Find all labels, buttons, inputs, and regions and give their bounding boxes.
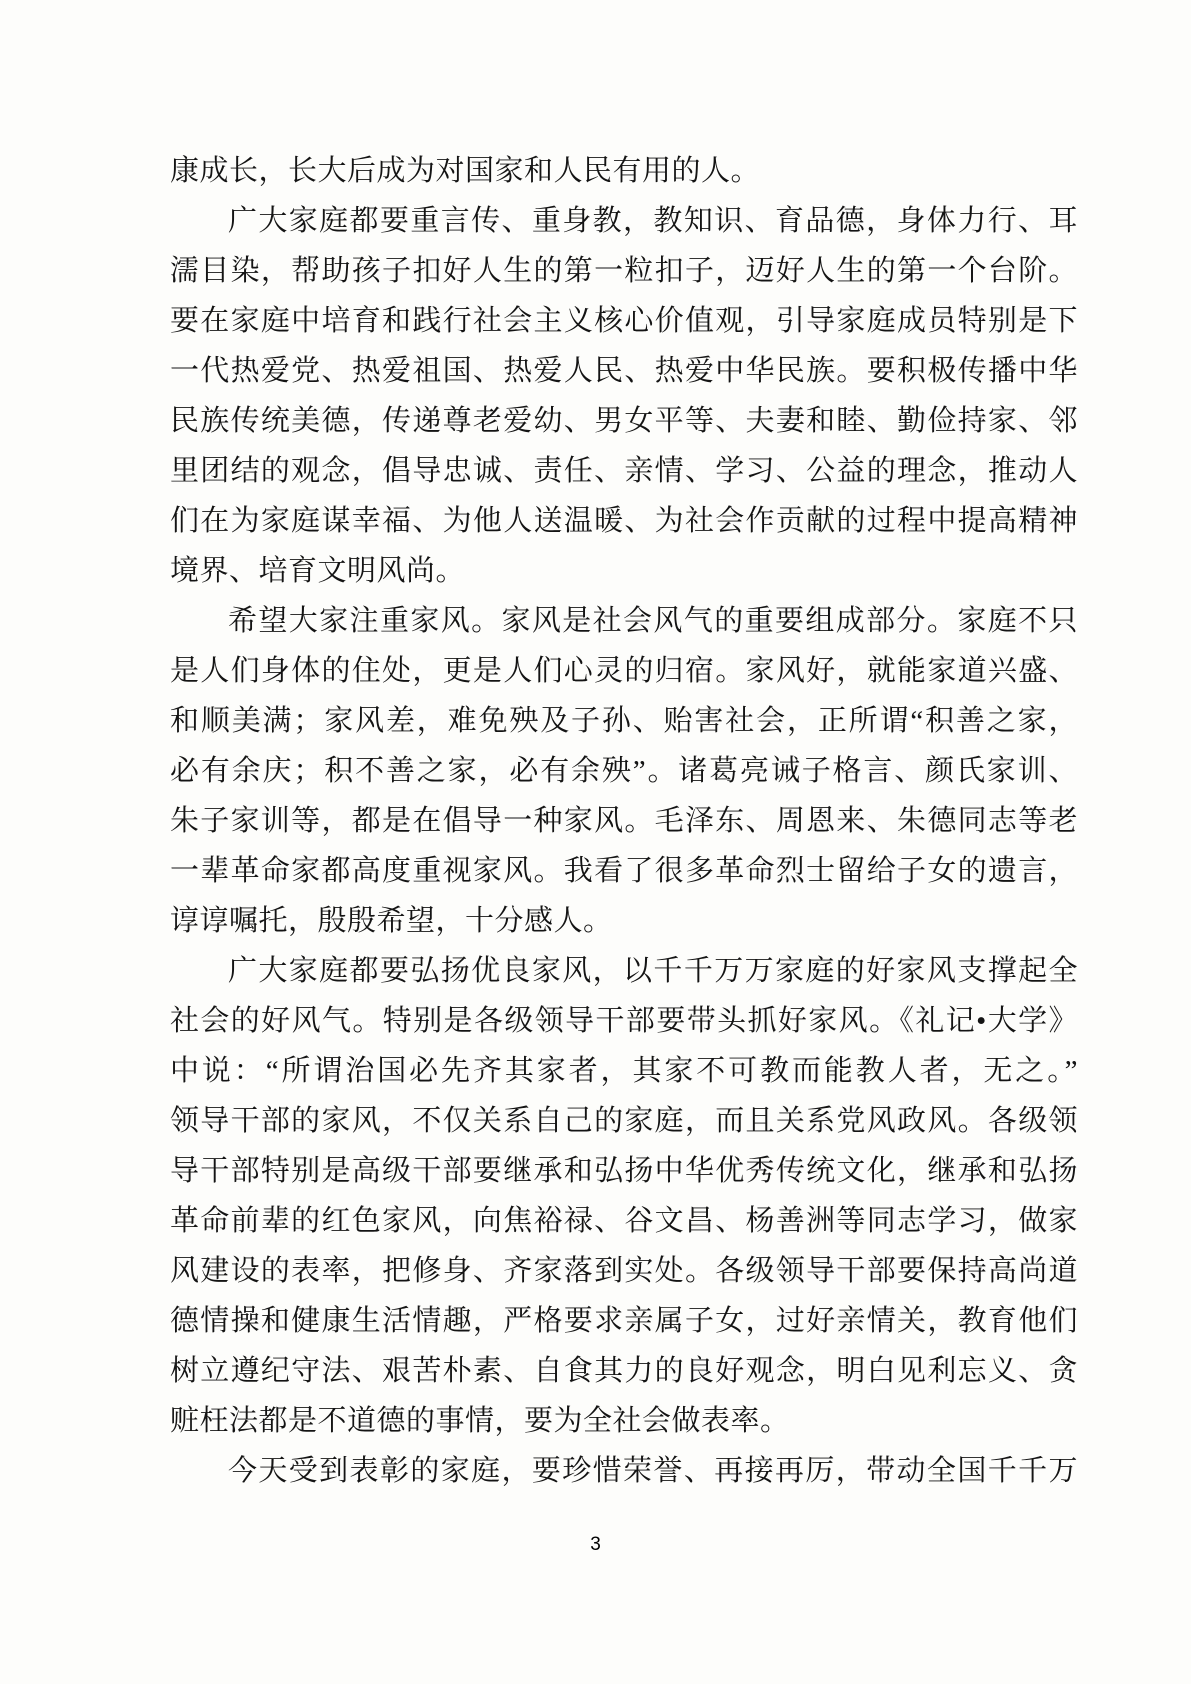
text-line: 广大家庭都要弘扬优良家风，以千千万万家庭的好家风支撑起全 bbox=[170, 946, 1078, 996]
text-line: 社会的好风气。特别是各级领导干部要带头抓好家风。《礼记•大学》 bbox=[170, 996, 1078, 1046]
text-line: 必有余庆；积不善之家，必有余殃”。诸葛亮诫子格言、颜氏家训、 bbox=[170, 746, 1078, 796]
text-line: 革命前辈的红色家风，向焦裕禄、谷文昌、杨善洲等同志学习，做家 bbox=[170, 1196, 1078, 1246]
text-line: 康成长，长大后成为对国家和人民有用的人。 bbox=[170, 146, 1078, 196]
text-line: 濡目染，帮助孩子扣好人生的第一粒扣子，迈好人生的第一个台阶。 bbox=[170, 246, 1078, 296]
text-line: 今天受到表彰的家庭，要珍惜荣誉、再接再厉，带动全国千千万 bbox=[170, 1446, 1078, 1496]
text-line: 德情操和健康生活情趣，严格要求亲属子女，过好亲情关，教育他们 bbox=[170, 1296, 1078, 1346]
text-line: 广大家庭都要重言传、重身教，教知识、育品德，身体力行、耳 bbox=[170, 196, 1078, 246]
text-line: 领导干部的家风，不仅关系自己的家庭，而且关系党风政风。各级领 bbox=[170, 1096, 1078, 1146]
text-line: 民族传统美德，传递尊老爱幼、男女平等、夫妻和睦、勤俭持家、邻 bbox=[170, 396, 1078, 446]
body-text: 康成长，长大后成为对国家和人民有用的人。广大家庭都要重言传、重身教，教知识、育品… bbox=[170, 146, 1078, 1496]
text-line: 中说：“所谓治国必先齐其家者，其家不可教而能教人者，无之。” bbox=[170, 1046, 1078, 1096]
text-line: 一代热爱党、热爱祖国、热爱人民、热爱中华民族。要积极传播中华 bbox=[170, 346, 1078, 396]
text-line: 朱子家训等，都是在倡导一种家风。毛泽东、周恩来、朱德同志等老 bbox=[170, 796, 1078, 846]
text-line: 导干部特别是高级干部要继承和弘扬中华优秀传统文化，继承和弘扬 bbox=[170, 1146, 1078, 1196]
text-line: 是人们身体的住处，更是人们心灵的归宿。家风好，就能家道兴盛、 bbox=[170, 646, 1078, 696]
text-line: 里团结的观念，倡导忠诚、责任、亲情、学习、公益的理念，推动人 bbox=[170, 446, 1078, 496]
page-number: 3 bbox=[590, 1534, 601, 1555]
text-line: 一辈革命家都高度重视家风。我看了很多革命烈士留给子女的遗言， bbox=[170, 846, 1078, 896]
text-line: 们在为家庭谋幸福、为他人送温暖、为社会作贡献的过程中提高精神 bbox=[170, 496, 1078, 546]
page-footer: 3 bbox=[0, 1532, 1191, 1558]
text-line: 和顺美满；家风差，难免殃及子孙、贻害社会，正所谓“积善之家， bbox=[170, 696, 1078, 746]
text-line: 希望大家注重家风。家风是社会风气的重要组成部分。家庭不只 bbox=[170, 596, 1078, 646]
text-line: 谆谆嘱托，殷殷希望，十分感人。 bbox=[170, 896, 1078, 946]
text-line: 风建设的表率，把修身、齐家落到实处。各级领导干部要保持高尚道 bbox=[170, 1246, 1078, 1296]
text-line: 境界、培育文明风尚。 bbox=[170, 546, 1078, 596]
document-page: { "page": { "number": "3", "background_c… bbox=[0, 0, 1191, 1684]
text-line: 树立遵纪守法、艰苦朴素、自食其力的良好观念，明白见利忘义、贪 bbox=[170, 1346, 1078, 1396]
text-line: 要在家庭中培育和践行社会主义核心价值观，引导家庭成员特别是下 bbox=[170, 296, 1078, 346]
text-line: 赃枉法都是不道德的事情，要为全社会做表率。 bbox=[170, 1396, 1078, 1446]
